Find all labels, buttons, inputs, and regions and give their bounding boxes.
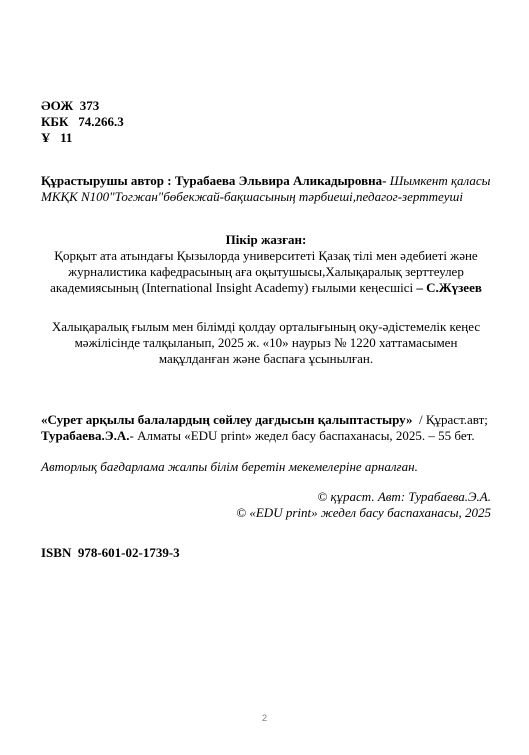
reviewer-text: Қорқыт ата атындағы Қызылорда университе… [50,248,478,295]
bibliographic-citation: «Сурет арқылы балалардың сөйлеу дағдысын… [41,412,491,444]
dedication-note: Авторлық бағдарлама жалпы білім беретін … [41,459,491,475]
approval-text: Халықаралық ғылым мен білімді қолдау орт… [52,319,480,366]
author-mark: Ұ 11 [41,130,491,146]
compiler-name: Турабаева Эльвира Аликадыровна [175,173,382,188]
publication-details: - Алматы «EDU print» жедел басу баспахан… [130,428,475,443]
copyright-publisher: © «EDU print» жедел басу баспаханасы, 20… [41,505,491,521]
page-number: 2 [0,713,529,723]
reviewer-info: Пікір жазған: Қорқыт ата атындағы Қызыло… [41,232,491,296]
compiler-note: / Құраст.авт; [413,412,488,427]
compiler-label: Құрастырушы автор : [41,173,175,188]
reviewer-heading: Пікір жазған: [41,232,491,248]
lbc-code: КБК 74.266.3 [41,114,491,130]
document-page: ӘОЖ 373 КБК 74.266.3 Ұ 11 Құрастырушы ав… [0,0,529,755]
compiler-info: Құрастырушы автор : Турабаева Эльвира Ал… [41,173,491,205]
author-short: Турабаева.Э.А. [41,428,130,443]
udc-code: ӘОЖ 373 [41,98,491,114]
dedication-text: Авторлық бағдарлама жалпы білім беретін … [41,459,418,474]
compiler-separator: - [382,173,390,188]
isbn-number: ISBN 978-601-02-1739-3 [41,545,491,561]
approval-statement: Халықаралық ғылым мен білімді қолдау орт… [41,319,491,367]
reviewer-name: – С.Жүзеев [416,280,482,295]
copyright-author: © құраст. Авт: Турабаева.Э.А. [41,489,491,505]
reviewer-body: Қорқыт ата атындағы Қызылорда университе… [41,248,491,296]
copyright-notice: © құраст. Авт: Турабаева.Э.А. © «EDU pri… [41,489,491,521]
book-title: «Сурет арқылы балалардың сөйлеу дағдысын… [41,412,413,427]
classification-codes: ӘОЖ 373 КБК 74.266.3 Ұ 11 [41,98,491,146]
